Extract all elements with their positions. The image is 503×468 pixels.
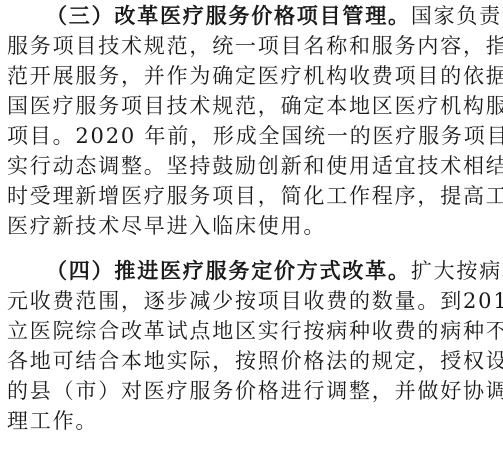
paragraph-line: 项目。2020 年前，形成全国统一的医疗服务项目技术规范，并	[7, 121, 503, 151]
paragraph-line: 立医院综合改革试点地区实行按病种收费的病种不少于100个。	[7, 316, 503, 346]
paragraph-line: 实行动态调整。坚持鼓励创新和使用适宜技术相结合的原则，及	[7, 151, 503, 181]
section-heading: （三）改革医疗服务价格项目管理。	[46, 3, 411, 28]
paragraph-line: 理工作。	[7, 406, 98, 436]
paragraph-line: （三）改革医疗服务价格项目管理。国家负责制定全国医疗	[46, 1, 503, 31]
paragraph-line: 时受理新增医疗服务项目，简化工作程序，提高工作效率，促进	[7, 181, 503, 211]
paragraph-line: 的县（市）对医疗服务价格进行调整，并做好协调指导和监督管	[7, 376, 503, 406]
paragraph-line: 元收费范围，逐步减少按项目收费的数量。到2016年底，城市公	[7, 286, 503, 316]
paragraph-line: 服务项目技术规范，统一项目名称和服务内容，指导医疗机构规	[7, 31, 503, 61]
paragraph-line: 范开展服务，并作为确定医疗机构收费项目的依据。各地依据全	[7, 61, 503, 91]
paragraph-line: 各地可结合本地实际，按照价格法的规定，授权设区市和有条件	[7, 346, 503, 376]
paragraph-line: 国医疗服务项目技术规范，确定本地区医疗机构服务收费的具体	[7, 91, 503, 121]
paragraph-line: 医疗新技术尽早进入临床使用。	[7, 211, 326, 241]
paragraph-line: （四）推进医疗服务定价方式改革。扩大按病种、按服务单	[46, 256, 503, 286]
section-heading: （四）推进医疗服务定价方式改革。	[46, 258, 411, 283]
